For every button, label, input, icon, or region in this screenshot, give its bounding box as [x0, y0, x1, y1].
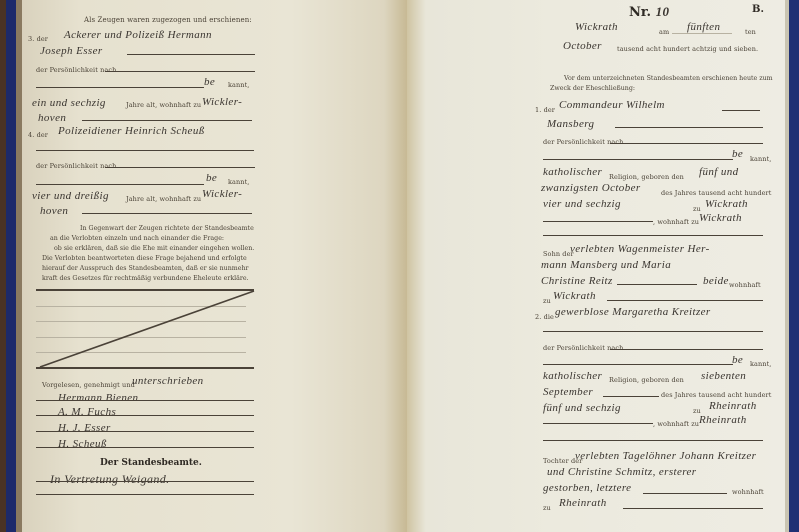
rule	[36, 494, 254, 495]
witness-4-name-line1: Polizeidiener Heinrich Scheuß	[58, 125, 205, 137]
bride-parents-place: Rheinrath	[559, 497, 607, 509]
bride-birth-year: fünf und sechzig	[543, 402, 621, 414]
known-label: kannt,	[228, 178, 249, 186]
entry-number: Nr. 10	[629, 4, 669, 20]
cancellation-stroke	[38, 289, 258, 369]
signature-4: H. Scheuß	[58, 438, 107, 450]
identity-label: der Persönlichkeit nach	[36, 66, 116, 74]
rule	[610, 143, 763, 144]
bride-name-line1: gewerblose Margaretha Kreitzer	[555, 306, 711, 318]
register-letter: B.	[752, 4, 764, 15]
rule	[543, 221, 653, 222]
groom-birthplace: Wickrath	[705, 198, 748, 210]
rule	[722, 110, 760, 111]
rule	[36, 150, 254, 151]
bride-parents-3: gestorben, letztere	[543, 482, 631, 494]
signature-2: A. M. Fuchs	[58, 406, 116, 418]
rule	[543, 235, 763, 236]
residence-label: , wohnhaft zu	[653, 420, 699, 428]
witness-3-known-hand: be	[204, 76, 215, 88]
rule	[615, 127, 763, 128]
identity-label: der Persönlichkeit nach	[543, 344, 623, 352]
month-hand: October	[563, 40, 602, 52]
age-label: Jahre alt, wohnhaft zu	[126, 195, 201, 203]
place-label: am	[659, 28, 669, 36]
witness-4-known-hand: be	[206, 172, 217, 184]
groom-residence: Wickrath	[699, 212, 742, 224]
witness-3-residence-2: hoven	[38, 112, 66, 124]
parents-place-label: zu	[543, 297, 551, 305]
groom-parents-1: verlebten Wagenmeister Her-	[570, 243, 710, 255]
signature-intro-hand: unterschrieben	[132, 375, 204, 387]
groom-religion: katholischer	[543, 166, 602, 178]
rule	[623, 508, 763, 509]
rule	[617, 284, 697, 285]
rule	[607, 300, 763, 301]
rule	[82, 120, 252, 121]
groom-parents-residence: beide	[703, 275, 729, 287]
signature-1: Hermann Bienen	[58, 392, 138, 404]
witness-3-name-line1: Ackerer und Polizeiß Hermann	[64, 29, 212, 41]
parents-residence-label: wohnhaft	[729, 281, 761, 289]
year-label: des Jahres tausend acht hundert	[661, 391, 771, 399]
rule	[36, 415, 254, 416]
religion-label: Religion, geboren den	[609, 173, 684, 181]
groom-parents-3: Christine Reitz	[541, 275, 613, 287]
witness-3-prefix: 3. der	[28, 35, 48, 43]
bride-birth-2: September	[543, 386, 593, 398]
day-hand: fünften	[687, 21, 720, 33]
bride-known-hand: be	[732, 354, 743, 366]
bride-birth-1: siebenten	[701, 370, 746, 382]
age-label: Jahre alt, wohnhaft zu	[126, 101, 201, 109]
witness-4-prefix: 4. der	[28, 131, 48, 139]
book-cover-right-edge	[785, 0, 799, 532]
rule	[82, 213, 252, 214]
known-label: kannt,	[750, 155, 771, 163]
year-label: tausend acht hundert achtzig und sieben.	[617, 45, 758, 53]
book-cover-left-edge	[0, 0, 22, 532]
parents-place-label: zu	[543, 504, 551, 512]
rule	[610, 349, 763, 350]
rule	[672, 33, 732, 34]
groom-name-line2: Mansberg	[547, 118, 594, 130]
known-label: kannt,	[750, 360, 771, 368]
rule	[543, 364, 733, 365]
rule	[543, 331, 763, 332]
bride-religion: katholischer	[543, 370, 602, 382]
place-hand: Wickrath	[575, 21, 618, 33]
groom-known-hand: be	[732, 148, 743, 160]
known-label: kannt,	[228, 81, 249, 89]
groom-parents-2: mann Mansberg und Maria	[541, 259, 671, 271]
residence-label: , wohnhaft zu	[653, 218, 699, 226]
rule	[36, 400, 254, 401]
groom-name-line1: Commandeur Wilhelm	[559, 99, 665, 111]
groom-birth-year: vier und sechzig	[543, 198, 621, 210]
rule	[36, 481, 254, 482]
year-label: des Jahres tausend acht hundert	[661, 189, 771, 197]
rule	[543, 440, 763, 441]
witness-header: Als Zeugen waren zugezogen und erschiene…	[84, 16, 252, 24]
witness-4-residence-2: hoven	[40, 205, 68, 217]
right-page: Nr. 10 B. Wickrath am fünften ten Octobe…	[407, 0, 785, 532]
signature-3: H. J. Esser	[58, 422, 111, 434]
identity-label: der Persönlichkeit nach	[543, 138, 623, 146]
rule	[36, 431, 254, 432]
groom-birth-1: fünf und	[699, 166, 739, 178]
rule	[36, 184, 204, 185]
declaration-text: In Gegenwart der Zeugen richtete der Sta…	[42, 224, 254, 284]
rule	[105, 167, 255, 168]
groom-birth-2: zwanzigsten October	[541, 182, 641, 194]
witness-4-residence-1: Wickler-	[202, 188, 242, 200]
bride-residence: Rheinrath	[699, 414, 747, 426]
religion-label: Religion, geboren den	[609, 376, 684, 384]
bride-prefix: 2. die	[535, 313, 554, 321]
day-label: ten	[745, 28, 756, 36]
signature-intro: Vorgelesen, genehmigt und	[42, 381, 135, 389]
witness-3-age: ein und sechzig	[32, 97, 106, 109]
left-page: Als Zeugen waren zugezogen und erschiene…	[22, 0, 407, 532]
witness-4-age: vier und dreißig	[32, 190, 109, 202]
official-heading: Der Standesbeamte.	[100, 458, 202, 468]
bride-birthplace: Rheinrath	[709, 400, 757, 412]
parents-residence-label: wohnhaft	[732, 488, 764, 496]
groom-parents-place: Wickrath	[553, 290, 596, 302]
official-signature: In Vertretung Weigand.	[50, 472, 170, 487]
witness-3-residence-1: Wickler-	[202, 96, 242, 108]
bride-parents-2: und Christine Schmitz, ersterer	[547, 466, 697, 478]
rule	[543, 159, 733, 160]
rule	[105, 71, 255, 72]
rule	[643, 493, 727, 494]
rule	[36, 87, 204, 88]
rule	[543, 423, 653, 424]
rule	[36, 447, 254, 448]
groom-prefix: 1. der	[535, 106, 555, 114]
rule	[603, 396, 659, 397]
identity-label: der Persönlichkeit nach	[36, 162, 116, 170]
rule	[127, 54, 255, 55]
bride-parents-1: verlebten Tagelöhner Johann Kreitzer	[575, 450, 756, 462]
witness-3-name-line2: Joseph Esser	[40, 45, 103, 57]
intro-text: Vor dem unterzeichneten Standesbeamten e…	[550, 74, 773, 94]
